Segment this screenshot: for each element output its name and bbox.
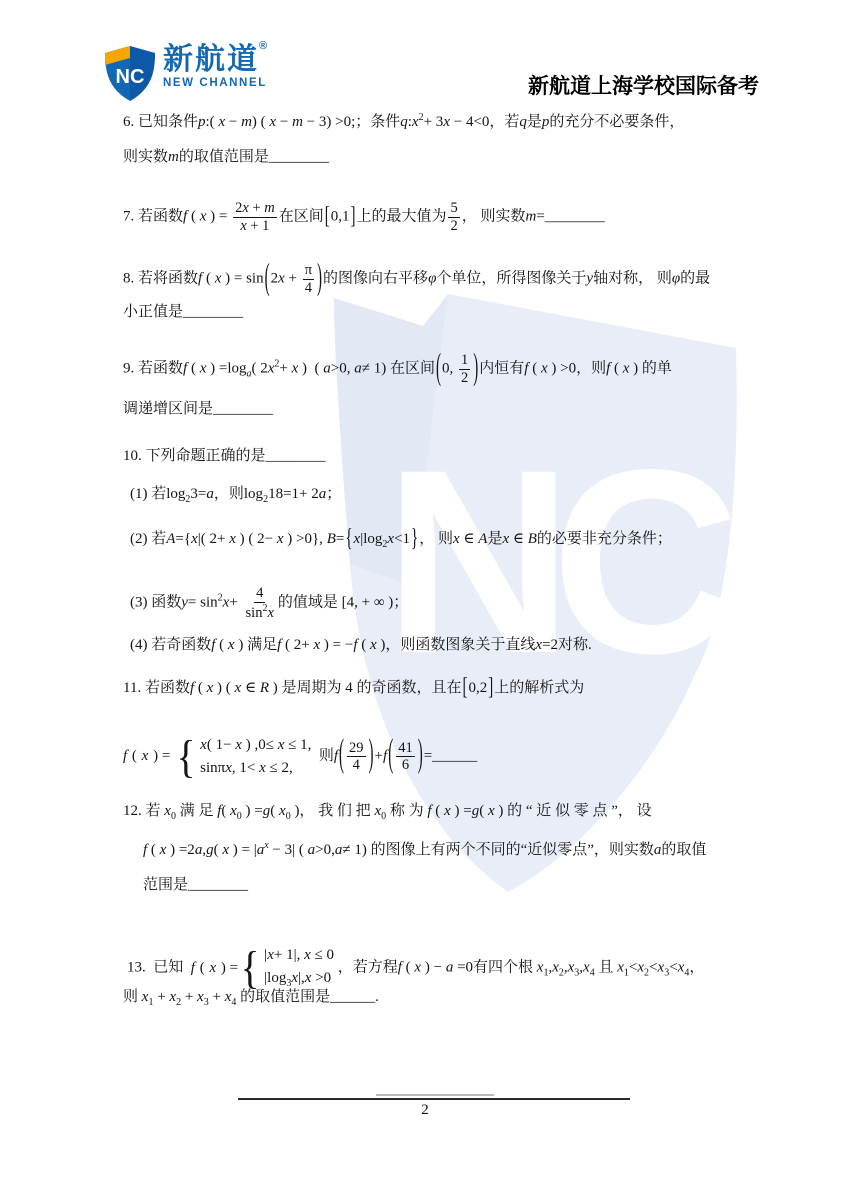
document-title: 新航道上海学校国际备考: [528, 70, 759, 100]
question-8-line-1: 8. 若将函数f ( x ) = sin(2x + π4)的图像向右平移φ个单位…: [123, 262, 710, 296]
question-6-line-2: 则实数m的取值范围是________: [123, 148, 329, 167]
page: { "header": { "logo": { "nc": "NC", "bra…: [0, 0, 850, 1200]
question-12-line-2: f ( x ) =2a,g( x ) = |ax − 3| ( a>0,a≠ 1…: [143, 840, 706, 860]
question-10-stem: 10. 下列命题正确的是________: [123, 447, 326, 466]
question-11-line-2: f ( x ) = {x( 1− x ) ,0≤ x ≤ 1,sinπx, 1<…: [123, 736, 477, 778]
logo-brand-text: 新航道: [163, 43, 259, 76]
question-10-item-3: (3) 函数y= sin2x+ 4sin2x的值域是 [4, + ∞ )；: [130, 585, 408, 621]
question-9-line-1: 9. 若函数f ( x ) =loga( 2x2+ x ) ( a>0, a≠ …: [123, 352, 672, 386]
question-12-line-1: 12. 若 x0 满 足 f( x0 ) =g( x0 )， 我 们 把 x0 …: [123, 802, 652, 824]
logo-brand-name: 新航道®: [163, 45, 269, 75]
question-13-line-1: 13. 已知 f ( x ) ={|x+ 1|, x ≤ 0|log3x|,x …: [127, 946, 704, 990]
question-7-line-1: 7. 若函数f ( x ) = 2x + mx + 1在区间[0,1]上的最大值…: [123, 200, 605, 234]
question-10-item-2: (2) 若A={x|( 2+ x ) ( 2− x ) >0}, B={x|lo…: [130, 530, 672, 552]
logo-nc-letters: NC: [116, 66, 145, 88]
footer-rule-gray: [376, 1094, 494, 1096]
logo-subtitle: NEW CHANNEL: [163, 78, 269, 90]
question-10-item-4: (4) 若奇函数f ( x ) 满足f ( 2+ x ) = −f ( x )，…: [130, 636, 592, 655]
watermark-letters: NC: [384, 415, 735, 708]
registered-mark: ®: [259, 40, 269, 52]
new-channel-logo: NC 新航道® NEW CHANNEL: [103, 45, 269, 103]
question-8-line-2: 小正值是________: [123, 303, 243, 322]
question-6-line-1: 6. 已知条件p:( x − m) ( x − m − 3) >0;；条件q:x…: [123, 112, 684, 132]
footer-rule: [238, 1098, 630, 1100]
question-10-item-1: (1) 若log23=a，则log218=1+ 2a；: [130, 485, 341, 507]
question-12-line-3: 范围是________: [143, 876, 248, 895]
question-11-line-1: 11. 若函数f ( x ) ( x ∈ R ) 是周期为 4 的奇函数，且在[…: [123, 679, 584, 698]
question-13-line-2: 则 x1 + x2 + x3 + x4 的取值范围是______.: [123, 988, 379, 1010]
nc-shield-icon: NC: [103, 45, 157, 103]
page-number: 2: [0, 1102, 850, 1119]
question-9-line-2: 调递增区间是________: [123, 400, 273, 419]
